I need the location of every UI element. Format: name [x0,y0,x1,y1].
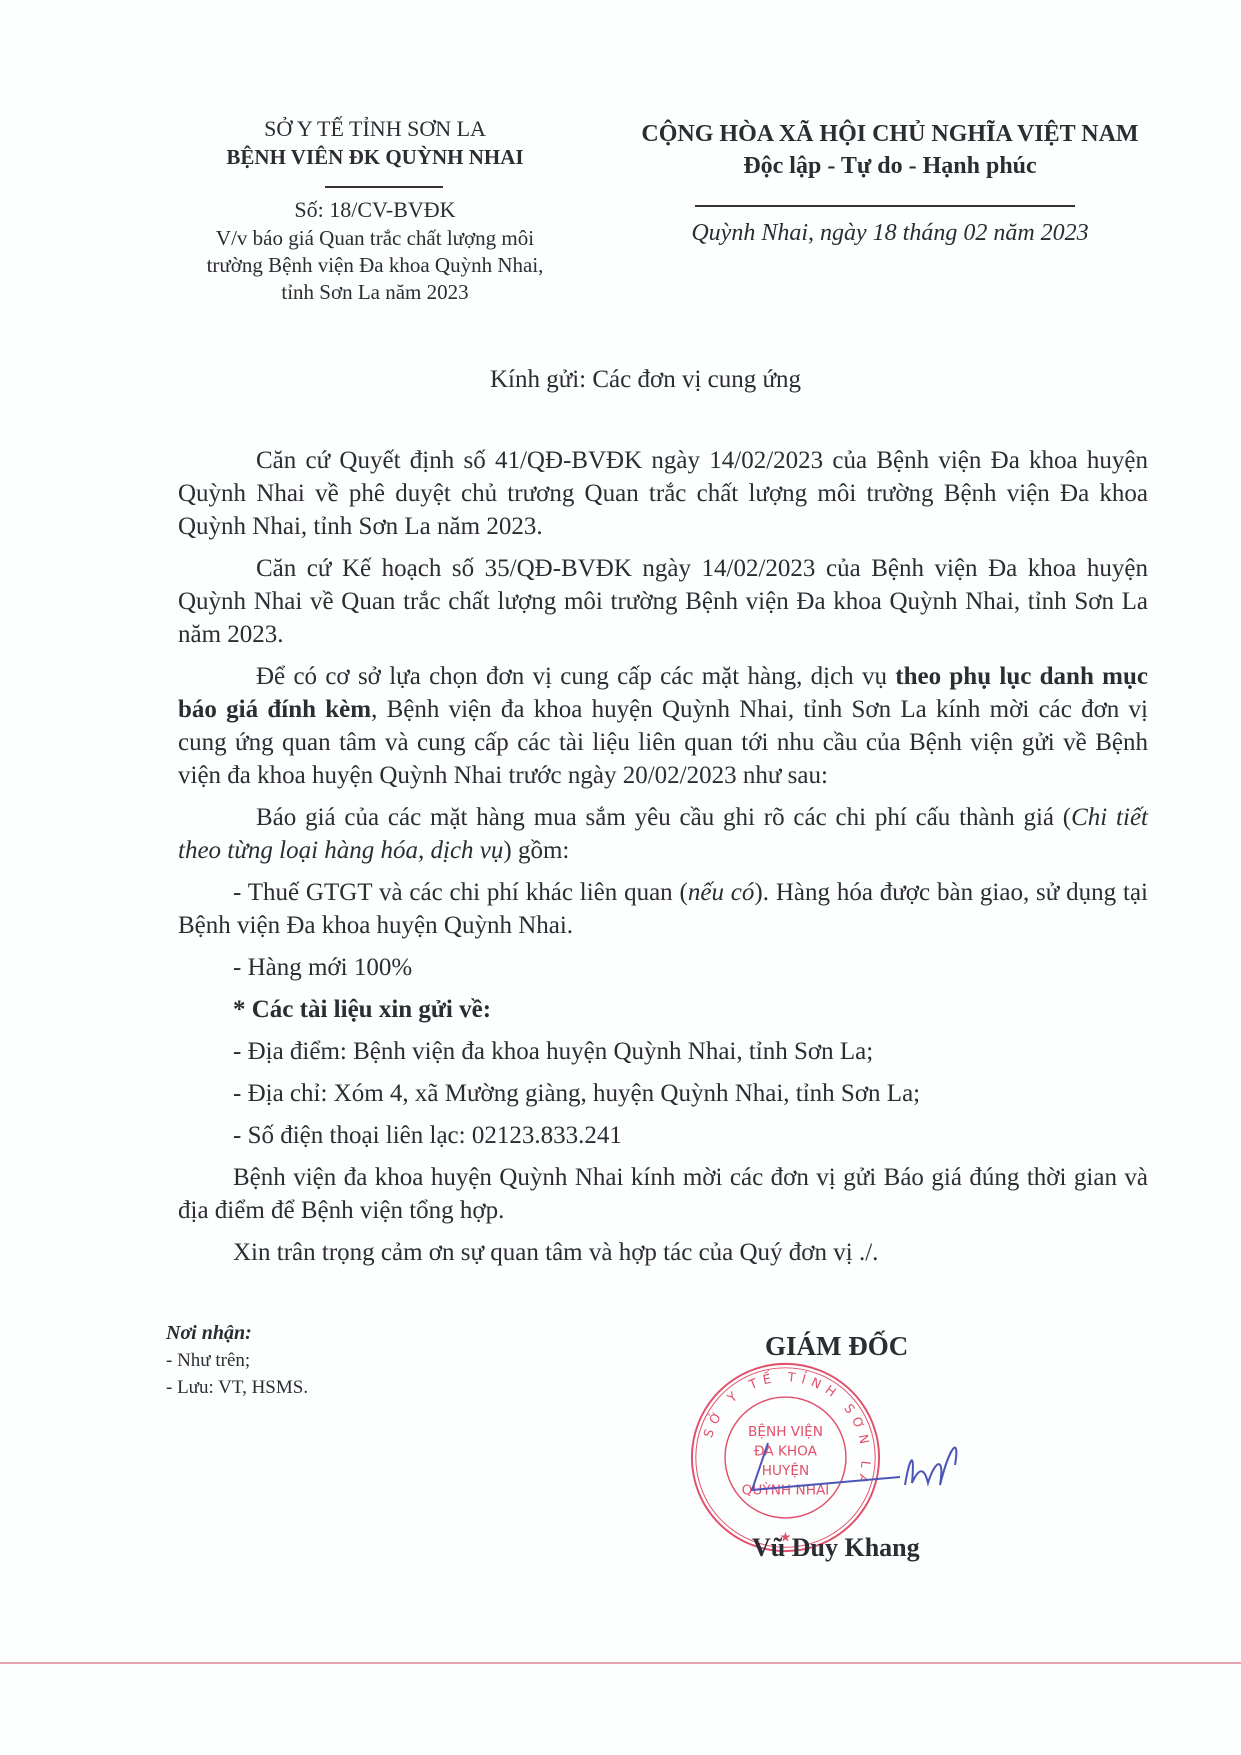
salutation: Kính gửi: Các đơn vị cung ứng [0,366,1241,394]
signature-icon [740,1425,990,1505]
national-motto: Độc lập - Tự do - Hạnh phúc [620,150,1160,182]
document-subject: V/v báo giá Quan trắc chất lượng môi trư… [150,225,600,306]
list-item: - Số điện thoại liên lạc: 02123.833.241 [178,1119,1148,1152]
paragraph: - Thuế GTGT và các chi phí khác liên qua… [178,876,1148,942]
signer-title: GIÁM ĐỐC [765,1331,908,1362]
place-date: Quỳnh Nhai, ngày 18 tháng 02 năm 2023 [620,220,1160,247]
signer-name: Vũ Duy Khang [752,1533,920,1563]
list-item: - Hàng mới 100% [178,951,1148,984]
divider [325,186,443,188]
document-number: Số: 18/CV-BVĐK [150,197,600,223]
organization-name: BỆNH VIÊN ĐK QUỲNH NHAI [150,143,600,171]
list-item: - Địa điểm: Bệnh viện đa khoa huyện Quỳn… [178,1035,1148,1068]
header-left: SỞ Y TẾ TỈNH SƠN LA BỆNH VIÊN ĐK QUỲNH N… [150,115,600,171]
agency-name: SỞ Y TẾ TỈNH SƠN LA [150,115,600,143]
paragraph: Báo giá của các mặt hàng mua sắm yêu cầu… [178,801,1148,867]
country-name: CỘNG HÒA XÃ HỘI CHỦ NGHĨA VIỆT NAM [620,118,1160,150]
list-item: - Địa chỉ: Xóm 4, xã Mường giàng, huyện … [178,1077,1148,1110]
paragraph: Căn cứ Quyết định số 41/QĐ-BVĐK ngày 14/… [178,444,1148,543]
paragraph: Bệnh viện đa khoa huyện Quỳnh Nhai kính … [178,1161,1148,1227]
paragraph: Căn cứ Kế hoạch số 35/QĐ-BVĐK ngày 14/02… [178,552,1148,651]
list-heading: * Các tài liệu xin gửi về: [178,993,1148,1026]
letter-body: Căn cứ Quyết định số 41/QĐ-BVĐK ngày 14/… [178,444,1148,1278]
paragraph: Để có cơ sở lựa chọn đơn vị cung cấp các… [178,660,1148,792]
closing: Xin trân trọng cảm ơn sự quan tâm và hợp… [178,1236,1148,1269]
page-edge-line [0,1662,1241,1664]
recipients-title: Nơi nhận: [166,1320,308,1347]
recipient-item: - Lưu: VT, HSMS. [166,1374,308,1401]
header-right: CỘNG HÒA XÃ HỘI CHỦ NGHĨA VIỆT NAM Độc l… [620,118,1160,182]
divider [695,205,1075,207]
recipients: Nơi nhận: - Như trên; - Lưu: VT, HSMS. [166,1320,308,1401]
recipient-item: - Như trên; [166,1347,308,1374]
